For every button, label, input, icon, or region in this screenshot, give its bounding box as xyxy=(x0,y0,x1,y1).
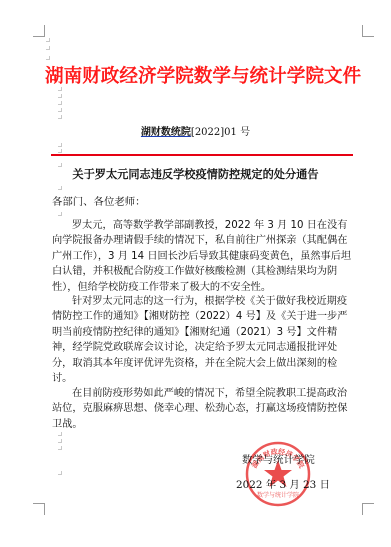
paragraph-mark xyxy=(58,432,62,436)
document-header-title: 湖南财政经济学院数学与统计学院文件 xyxy=(45,62,365,88)
margin-corner-bottom-right xyxy=(362,503,374,515)
body-paragraph-2: 针对罗太元同志的这一行为，根据学校《关于做好我校近期疫情防控工作的通知》【湘财防… xyxy=(52,294,352,386)
paragraph-mark xyxy=(46,56,50,60)
document-page: 湖南财政经济学院数学与统计学院文件 湖财数统院[2022]01 号 关于罗太元同… xyxy=(0,0,391,547)
paragraph-mark xyxy=(58,471,62,475)
margin-corner-top-left xyxy=(33,25,45,37)
margin-corner-top-right xyxy=(362,25,374,37)
paragraph-text: 罗太元，高等数学教学部副教授，2022 年 3 月 10 日在没有向学院报备办理… xyxy=(52,220,351,293)
document-number-value: [2022]01 号 xyxy=(191,127,250,138)
red-separator-line xyxy=(51,154,353,156)
salutation: 各部门、各位老师： xyxy=(52,193,146,208)
paragraph-mark xyxy=(58,115,62,119)
paragraph-mark xyxy=(58,439,62,443)
paragraph-mark xyxy=(58,108,62,112)
paragraph-mark xyxy=(58,101,62,105)
body-paragraph-1: 罗太元，高等数学教学部副教授，2022 年 3 月 10 日在没有向学院报备办理… xyxy=(52,218,352,295)
document-number: 湖财数统院[2022]01 号 xyxy=(0,123,391,138)
margin-corner-bottom-left xyxy=(33,503,45,515)
paragraph-mark xyxy=(46,38,50,42)
paragraph-mark xyxy=(58,446,62,450)
signature-date: 2022 年 3 月 23 日 xyxy=(236,476,330,491)
seal-inner-text: 数学与统计学院 xyxy=(257,491,299,499)
paragraph-mark xyxy=(58,94,62,98)
paragraph-mark xyxy=(58,212,62,216)
paragraph-text: 针对罗太元同志的这一行为，根据学校《关于做好我校近期疫情防控工作的通知》【湘财防… xyxy=(52,296,347,384)
paragraph-mark xyxy=(46,46,50,50)
paragraph-mark xyxy=(58,149,62,153)
paragraph-mark xyxy=(58,143,62,147)
paragraph-mark xyxy=(58,186,62,190)
body-paragraph-3: 在目前防疫形势如此严峻的情况下，希望全院教职工提高政治站位，克服麻痹思想、侥幸心… xyxy=(52,386,352,432)
document-number-org: 湖财数统院 xyxy=(141,127,191,138)
signature-organization: 数学与统计学院 xyxy=(242,451,315,466)
paragraph-text: 在目前防疫形势如此严峻的情况下，希望全院教职工提高政治站位，克服麻痹思想、侥幸心… xyxy=(52,388,347,430)
notice-title: 关于罗太元同志违反学校疫情防控规定的处分通告 xyxy=(0,166,391,182)
